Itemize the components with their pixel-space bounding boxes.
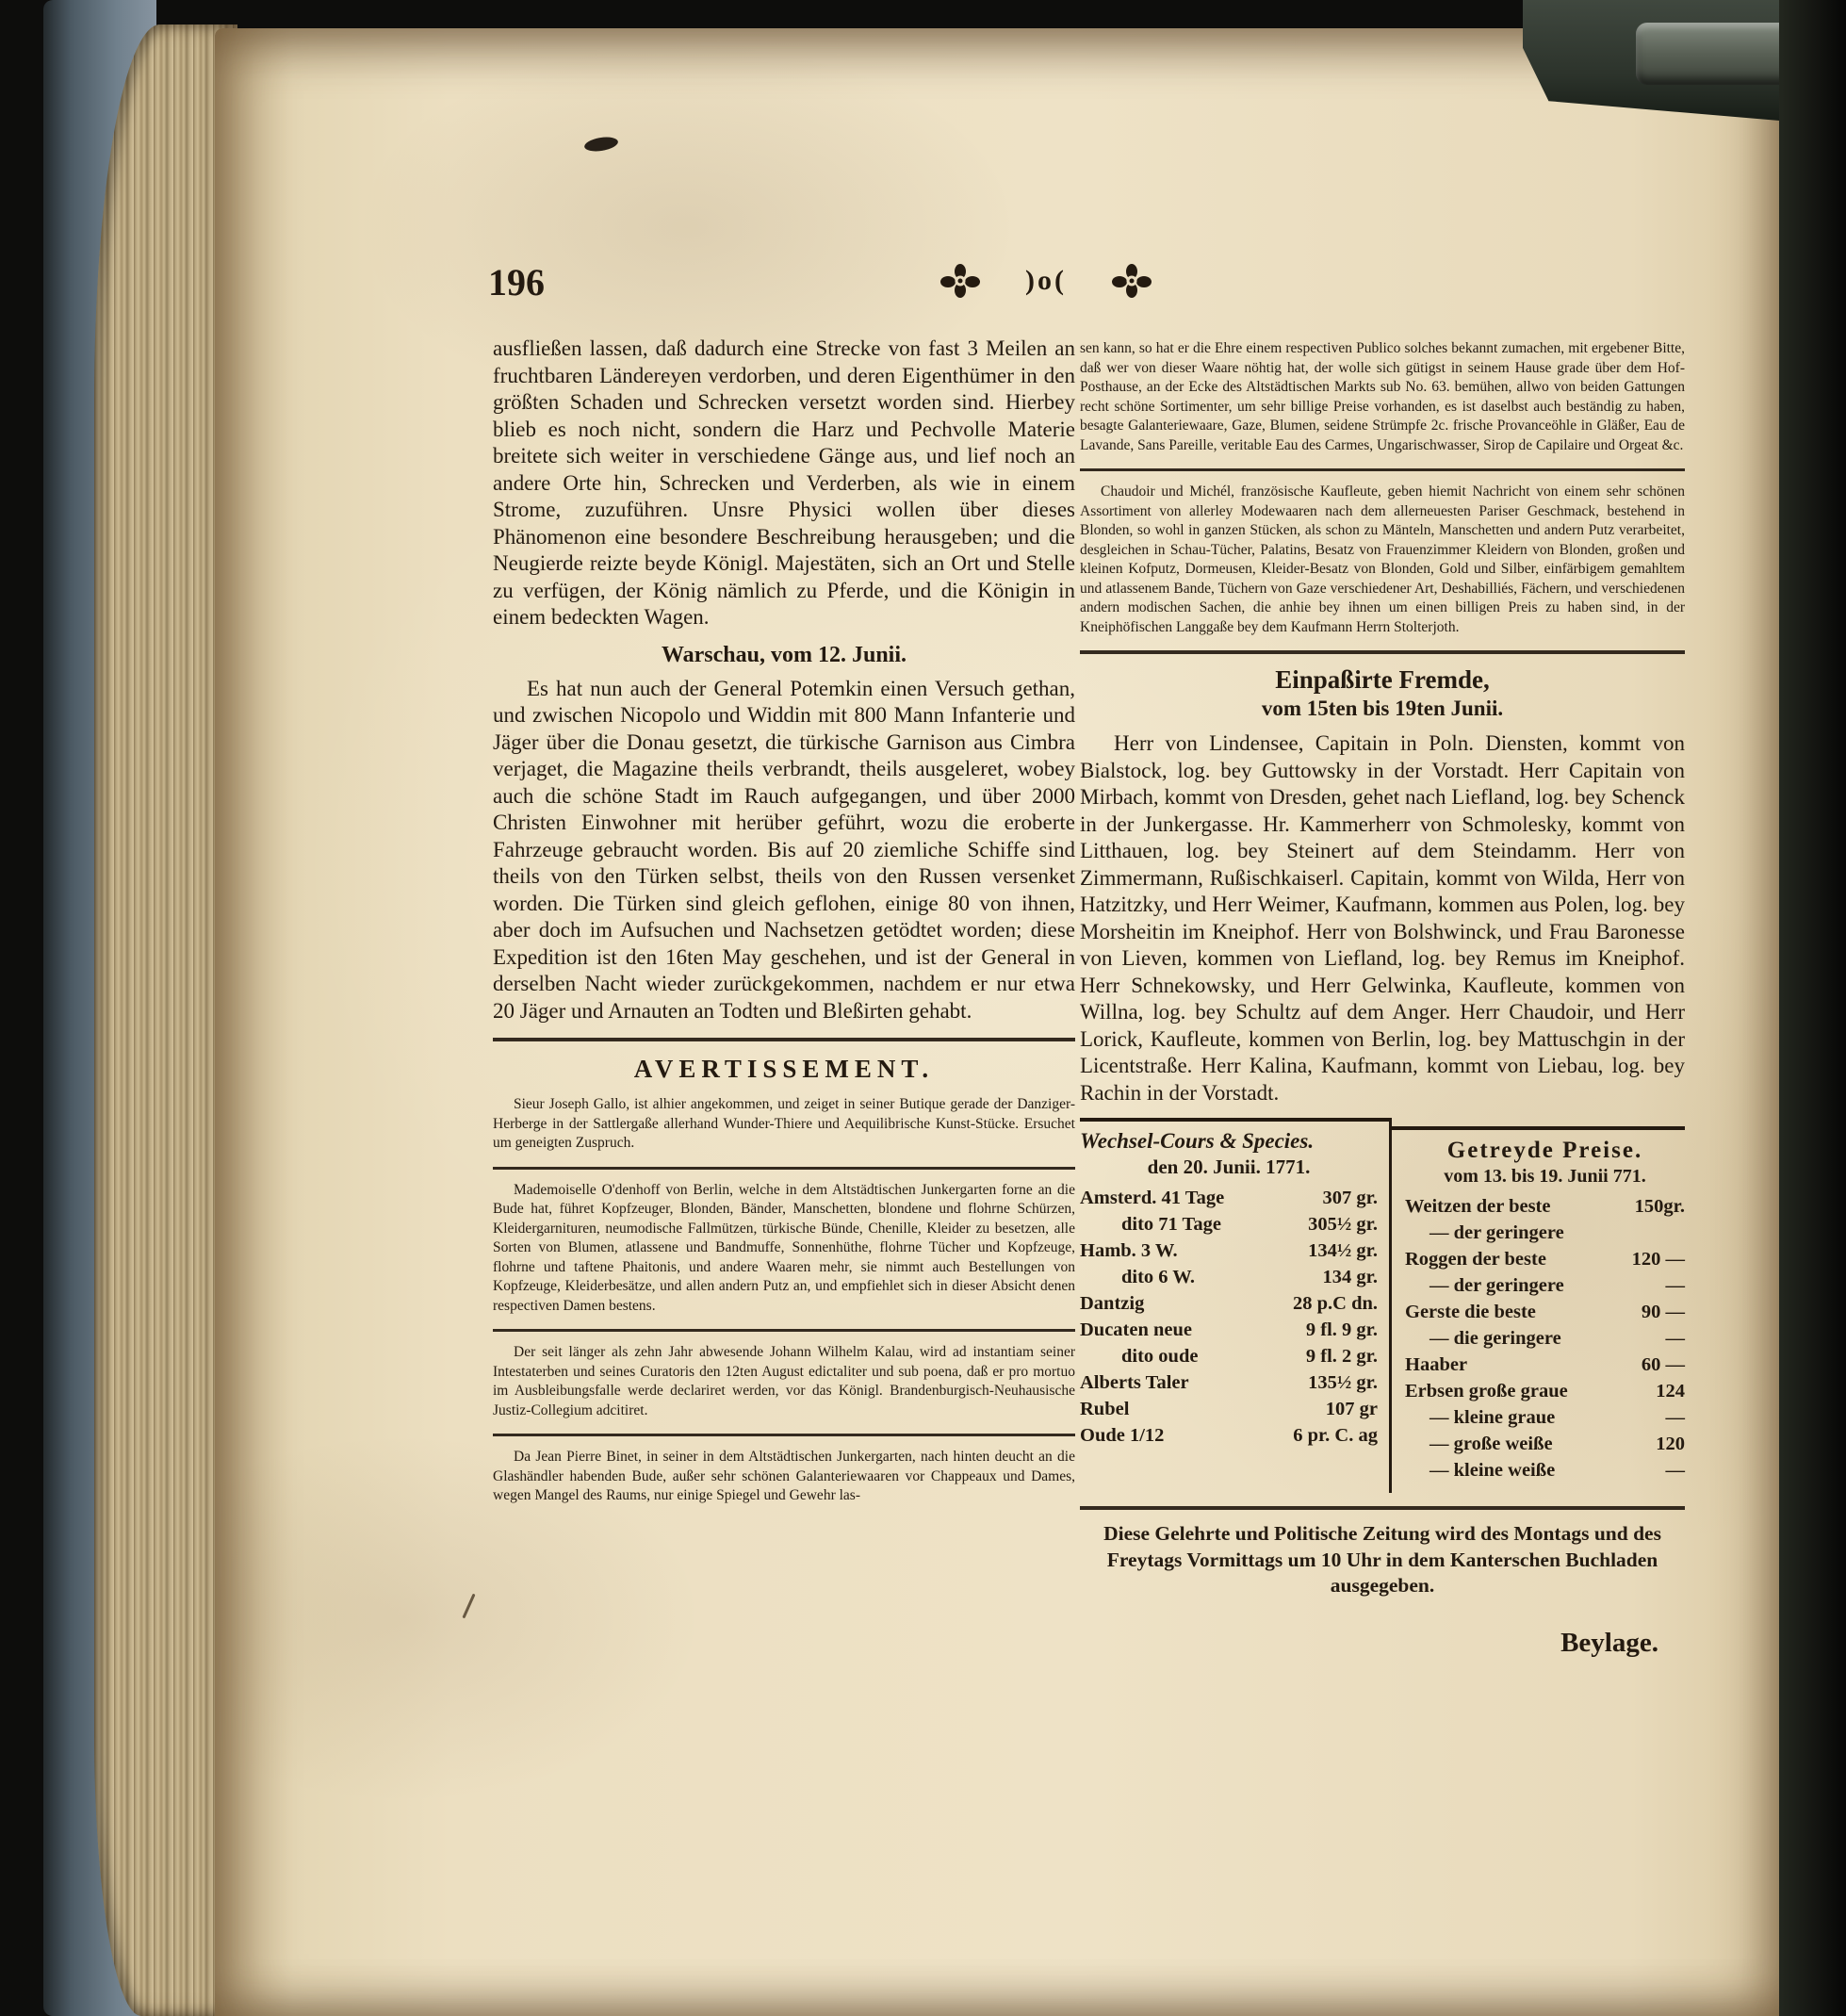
table-row: Gerste die beste90 — (1405, 1299, 1685, 1325)
margin-mark (462, 1594, 475, 1619)
fremde-arrivals: Herr von Lindensee, Capitain in Poln. Di… (1080, 730, 1685, 1106)
left-column: ausfließen lassen, daß dadurch eine Stre… (493, 336, 1075, 1510)
wechsel-date: den 20. Junii. 1771. (1080, 1156, 1378, 1179)
table-row: — kleine graue— (1405, 1404, 1685, 1431)
avertissement-heading: AVERTISSEMENT. (493, 1055, 1075, 1084)
fremde-heading: Einpaßirte Fremde, (1080, 665, 1685, 695)
notice-binet: Da Jean Pierre Binet, in seiner in dem A… (493, 1448, 1075, 1506)
table-row: Haaber60 — (1405, 1352, 1685, 1378)
table-row: Dantzig28 p.C dn. (1080, 1290, 1378, 1317)
publication-note: Diese Gelehrte und Politische Zeitung wi… (1097, 1521, 1668, 1599)
book-cover-right-edge (1779, 0, 1846, 2016)
wechsel-cours-table: Wechsel-Cours & Species. den 20. Junii. … (1080, 1118, 1392, 1493)
market-tables: Wechsel-Cours & Species. den 20. Junii. … (1080, 1118, 1685, 1493)
header-ornament-center: )o( (1025, 265, 1067, 297)
section-rule (1080, 468, 1685, 471)
section-rule (1080, 650, 1685, 654)
right-column: sen kann, so hat er die Ehre einem respe… (1080, 339, 1685, 1659)
wechsel-title: Wechsel-Cours & Species. (1080, 1129, 1378, 1154)
warschau-dateline: Warschau, vom 12. Junii. (493, 643, 1075, 668)
fleuron-icon (940, 264, 980, 298)
table-row: Oude 1/126 pr. C. ag (1080, 1422, 1378, 1449)
getreyde-preise-table: Getreyde Preise. vom 13. bis 19. Junii 7… (1392, 1126, 1685, 1493)
getreyde-title: Getreyde Preise. (1405, 1138, 1685, 1164)
table-row: Weitzen der beste150gr. (1405, 1193, 1685, 1220)
fremde-subheading: vom 15ten bis 19ten Junii. (1080, 697, 1685, 721)
table-row: — der geringere (1405, 1220, 1685, 1246)
section-rule (493, 1434, 1075, 1436)
fleuron-icon (1112, 264, 1152, 298)
table-row: Roggen der beste120 — (1405, 1246, 1685, 1272)
table-row: Amsterd. 41 Tage307 gr. (1080, 1185, 1378, 1211)
table-row: Erbsen große graue124 (1405, 1378, 1685, 1404)
section-rule (493, 1167, 1075, 1170)
notice-binet-continued: sen kann, so hat er die Ehre einem respe… (1080, 339, 1685, 455)
table-row: Rubel107 gr (1080, 1396, 1378, 1422)
table-row: — kleine weiße— (1405, 1457, 1685, 1483)
table-row: Hamb. 3 W.134½ gr. (1080, 1237, 1378, 1264)
table-row: Ducaten neue9 fl. 9 gr. (1080, 1317, 1378, 1343)
section-rule (493, 1038, 1075, 1041)
section-rule (493, 1329, 1075, 1332)
table-row: dito 6 W.134 gr. (1080, 1264, 1378, 1290)
section-rule (1080, 1506, 1685, 1510)
getreyde-date: vom 13. bis 19. Junii 771. (1405, 1166, 1685, 1188)
article-continuation: ausfließen lassen, daß dadurch eine Stre… (493, 336, 1075, 631)
table-row: dito 71 Tage305½ gr. (1080, 1211, 1378, 1237)
ink-smudge (583, 135, 619, 153)
table-row: dito oude9 fl. 2 gr. (1080, 1343, 1378, 1369)
beylage-label: Beylage. (1080, 1628, 1658, 1659)
table-row: — der geringere— (1405, 1272, 1685, 1299)
table-row: — die geringere— (1405, 1325, 1685, 1352)
page-number: 196 (488, 260, 545, 304)
table-row: — große weiße120 (1405, 1431, 1685, 1457)
notice-chaudoir: Chaudoir und Michél, französische Kaufle… (1080, 483, 1685, 637)
avertissement-notice: Sieur Joseph Gallo, ist alhier angekomme… (493, 1095, 1075, 1154)
header-ornaments: )o( (940, 264, 1152, 298)
book-photo: 196 )o( ausfließen lassen, daß dadurch e… (0, 0, 1846, 2016)
notice-kalau: Der seit länger als zehn Jahr abwesende … (493, 1343, 1075, 1420)
warschau-article: Es hat nun auch der General Potemkin ein… (493, 676, 1075, 1025)
notice-odenhoff: Mademoiselle O'denhoff von Berlin, welch… (493, 1181, 1075, 1317)
newspaper-page: 196 )o( ausfließen lassen, daß dadurch e… (215, 28, 1787, 2016)
table-row: Alberts Taler135½ gr. (1080, 1369, 1378, 1396)
